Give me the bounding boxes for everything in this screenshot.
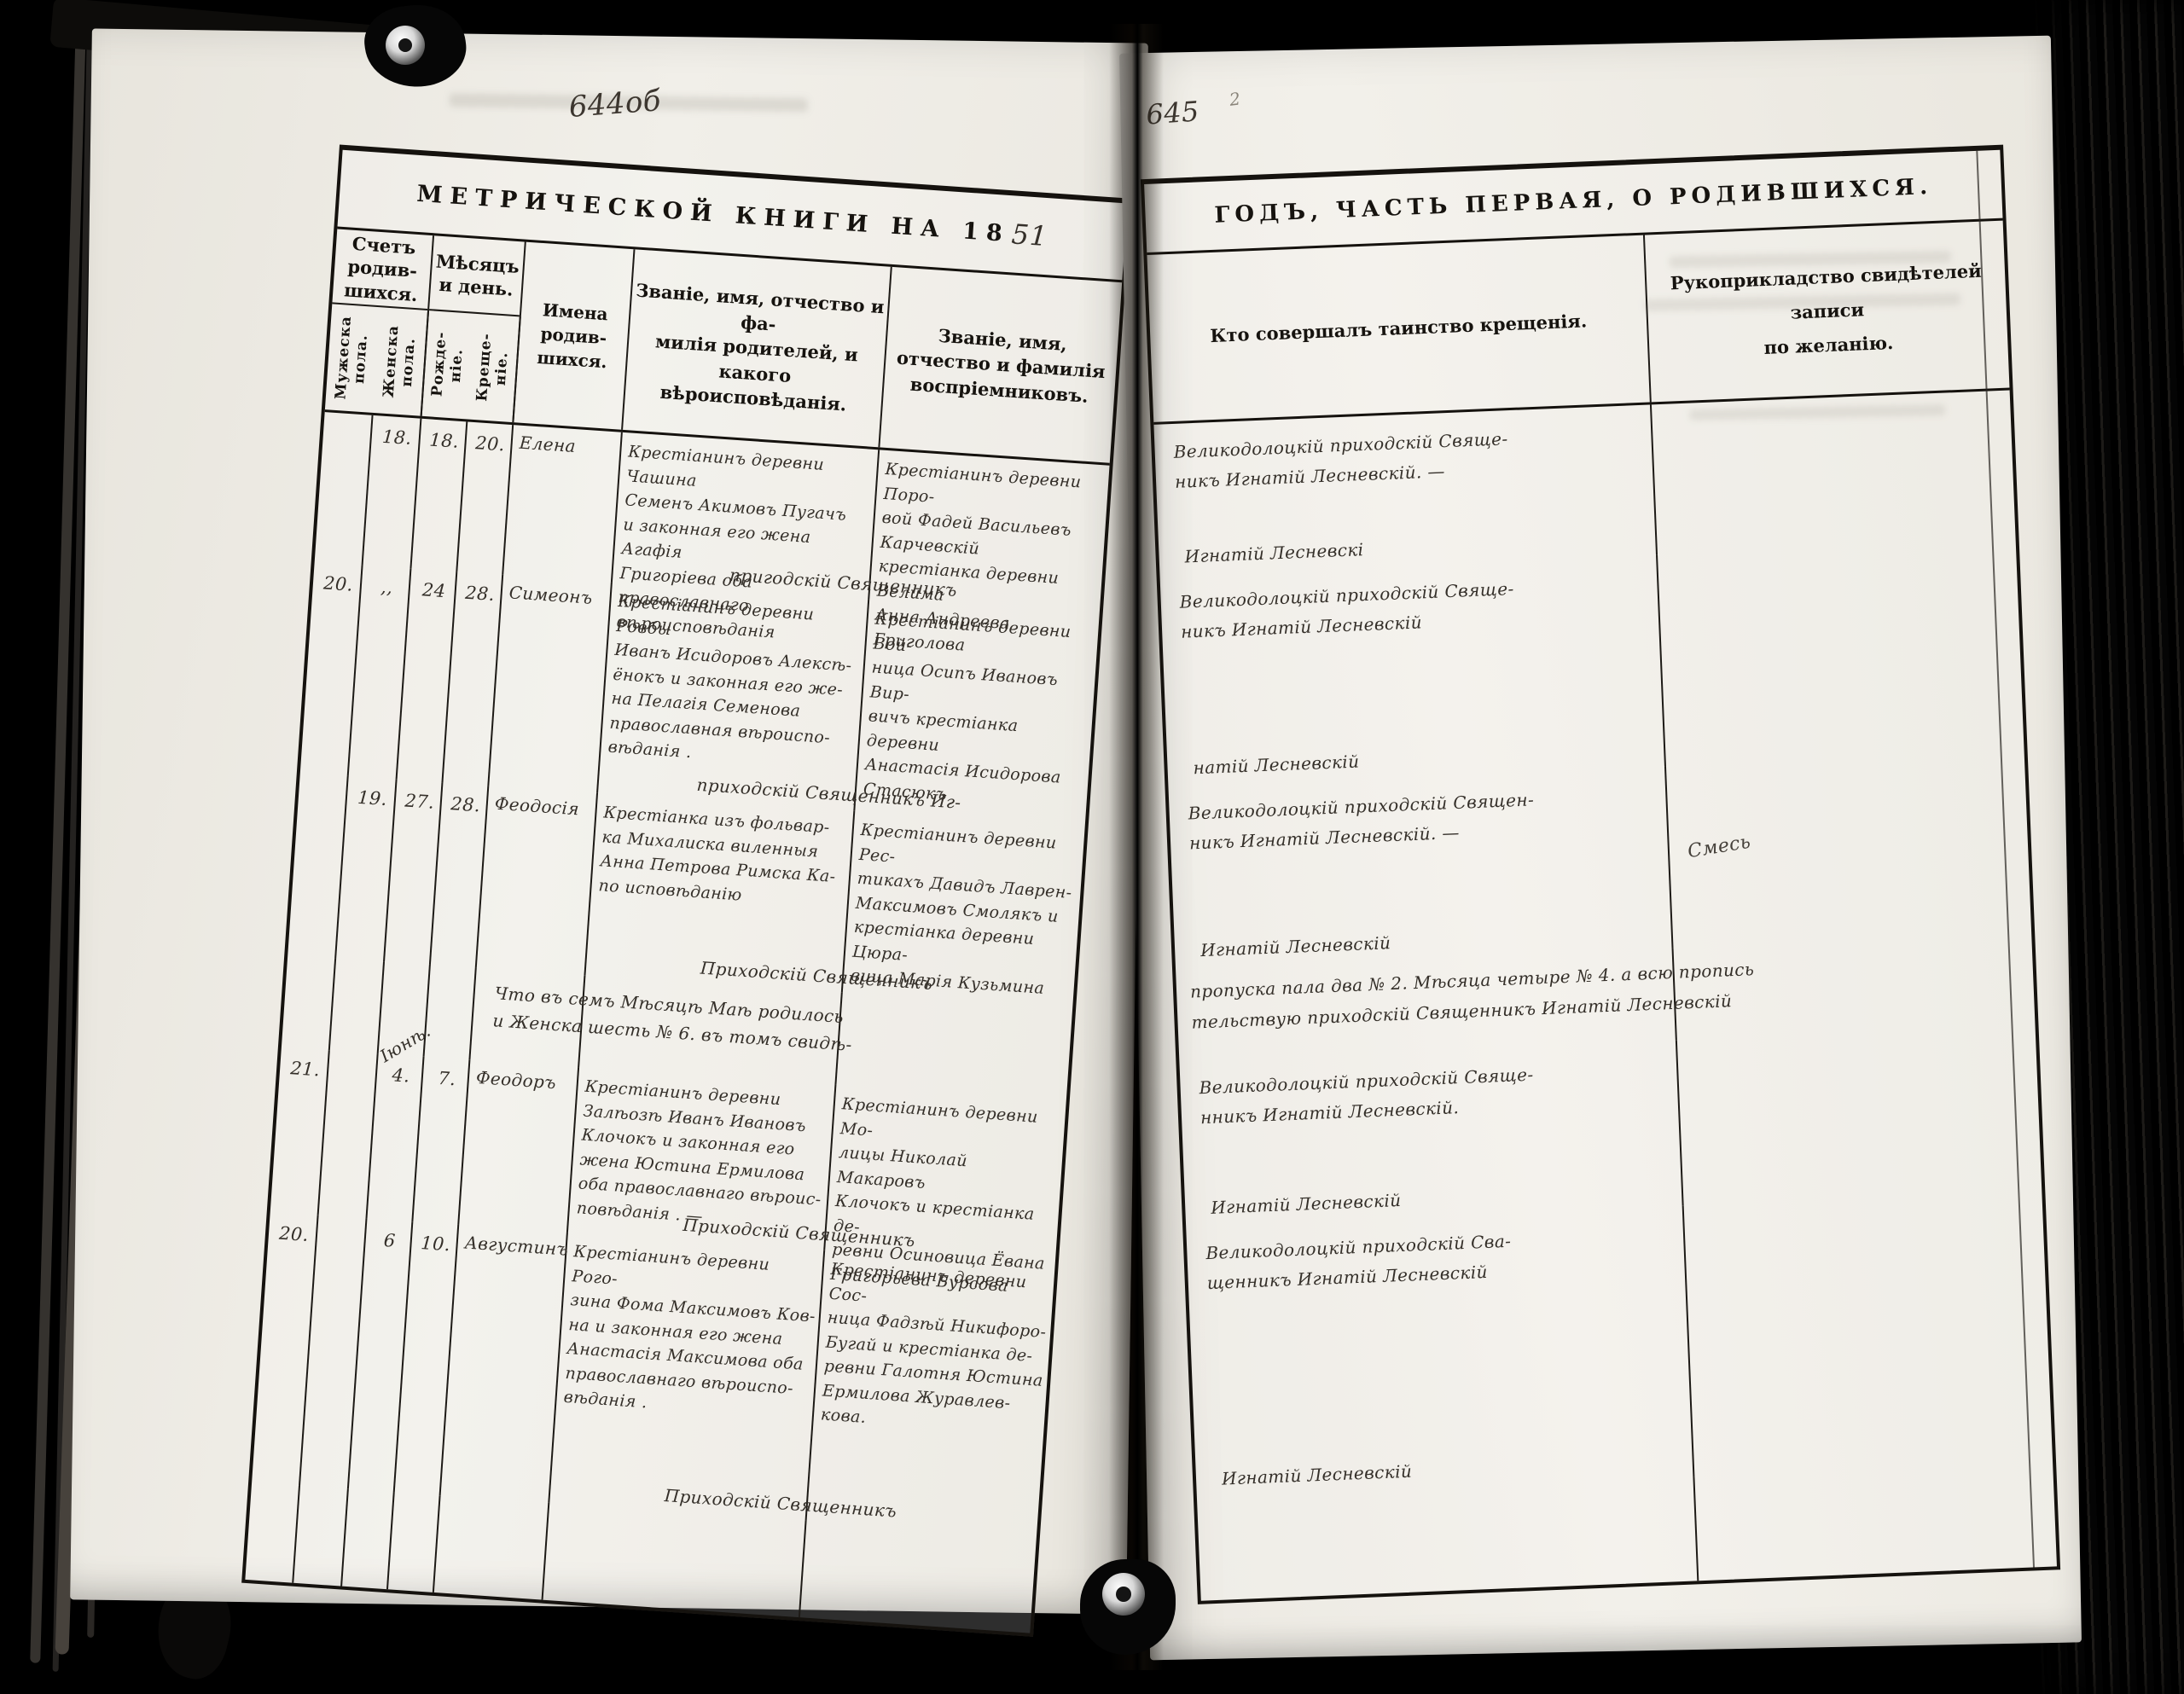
header-born: Рожде- ніе. [422, 310, 474, 419]
right-table-body: Великодолоцкій приходскій Свяще- никъ Иг… [1153, 391, 2057, 1601]
celebrant-signature: натій Лесневскій [1193, 751, 1360, 778]
header-witnesses: Рукоприкладство свидѣтелей записи по жел… [1643, 221, 2009, 403]
cell-witnesses [1676, 1026, 2042, 1206]
binding-grommet-bottom [1102, 1573, 1145, 1616]
cell-empty [1693, 1463, 2057, 1581]
pencil-mark: 2 [1228, 88, 1242, 109]
right-table-header: Кто совершалъ таинство крещенія. Рукопри… [1147, 221, 2009, 425]
cell-empty [293, 1486, 349, 1587]
folio-number-left: 644об [567, 84, 662, 125]
celebrant-signature: Игнатій Лесневскій [1200, 932, 1391, 960]
celebrant-signature: Игнатій Лесневскі [1184, 539, 1364, 566]
header-names: Имена родив- шихся. [514, 242, 635, 430]
right-register-table: ГОДЪ, ЧАСТЬ ПЕРВАЯ, О РОДИВШИХСЯ. Кто со… [1141, 145, 2060, 1604]
celebrant-signature: Игнатій Лесневскій [1222, 1461, 1413, 1489]
cell-empty [1197, 1476, 1698, 1600]
column-month-group: Мѣсяцъ и день. Рожде- ніе. Креще- ніе. [422, 235, 526, 422]
title-printed: МЕТРИЧЕСКОЙ КНИГИ НА 18 [416, 180, 1011, 247]
cell-empty [800, 1520, 1037, 1633]
binding-grommet-top [386, 26, 425, 65]
left-register-table: МЕТРИЧЕСКОЙ КНИГИ НА 18 51 Счетъ родив- … [241, 145, 1131, 1637]
cell-empty [245, 1482, 300, 1583]
cell-celebrant: Великодолоцкій приходскій Священ- никъ И… [1168, 766, 1671, 968]
cell-witnesses [1656, 540, 2024, 766]
header-godparents: Званіе, имя, отчество и фамилія воспріем… [880, 267, 1122, 463]
cell-empty [543, 1503, 807, 1617]
celebrant-signature: Игнатій Лесневскій [1211, 1190, 1402, 1218]
cell-godparents: Крестіанинъ деревни Сос- ница Фадзѣй Ник… [807, 1250, 1055, 1536]
cell-empty [388, 1493, 441, 1592]
left-page: 644об МЕТРИЧЕСКОЙ КНИГИ НА 18 51 Счетъ р… [70, 28, 1148, 1614]
table-row-entry-2: Великодолоцкій приходскій Свяще- никъ Иг… [1159, 540, 2024, 786]
cell-witnesses: Смесь [1664, 751, 2031, 949]
header-celebrant: Кто совершалъ таинство крещенія. [1147, 235, 1650, 422]
header-parents: Званіе, имя, отчество и фа- милія родите… [623, 249, 892, 447]
header-month: Мѣсяцъ и день. [429, 235, 525, 316]
table-row-entry-5: Великодолоцкій приходскій Сва- щенникъ И… [1186, 1192, 2053, 1497]
cell-celebrant: Великодолоцкій приходскій Свяще- никъ Иг… [1153, 404, 1656, 574]
header-male: Мужеска пола. [325, 304, 380, 413]
table-row-entry-5: 20. 6 10. Августинъ Крестіанинъ деревни … [252, 1212, 1054, 1536]
table-row-entry-3: Великодолоцкій приходскій Священ- никъ И… [1168, 751, 2031, 968]
cell-empty [330, 958, 385, 1053]
column-count-group: Счетъ родив- шихся. Мужеска пола. Женска… [325, 229, 434, 416]
cell-celebrant: Великодолоцкій приходскій Свяще- никъ Иг… [1159, 554, 1664, 786]
right-page: 645 2 ГОДЪ, ЧАСТЬ ПЕРВАЯ, О РОДИВШИХСЯ. … [1119, 36, 2082, 1661]
cell-witnesses [1682, 1192, 2053, 1477]
book-gutter-shadow [1109, 24, 1164, 1670]
cell-empty [434, 1495, 549, 1599]
cell-empty [342, 1489, 395, 1589]
cell-empty [425, 965, 477, 1059]
left-table-body: 18. 18. 20. Елена Крестіанинъ деревни Ча… [245, 412, 1109, 1633]
cell-witnesses [1650, 391, 2015, 555]
scanned-book-spread: 644об МЕТРИЧЕСКОЙ КНИГИ НА 18 51 Счетъ р… [0, 0, 2184, 1694]
cell-celebrant: Великодолоцкій приходскій Сва- щенникъ И… [1186, 1206, 1693, 1497]
title-handwritten-year: 51 [1010, 218, 1048, 252]
header-count: Счетъ родив- шихся. [332, 229, 433, 310]
header-female: Женска пола. [373, 307, 429, 416]
cell-name: Феодосія [477, 786, 598, 975]
header-baptized: Креще- ніе. [467, 314, 520, 422]
cell-empty [282, 955, 336, 1051]
cell-name: Симеонъ [489, 575, 613, 793]
cell-celebrant: Великодолоцкій приходскій Свяще- нникъ И… [1179, 1041, 1682, 1226]
cell-name: Августинъ [441, 1225, 568, 1503]
cell-parents: Крестіанинъ деревни Рого- зина Фома Макс… [549, 1233, 825, 1521]
